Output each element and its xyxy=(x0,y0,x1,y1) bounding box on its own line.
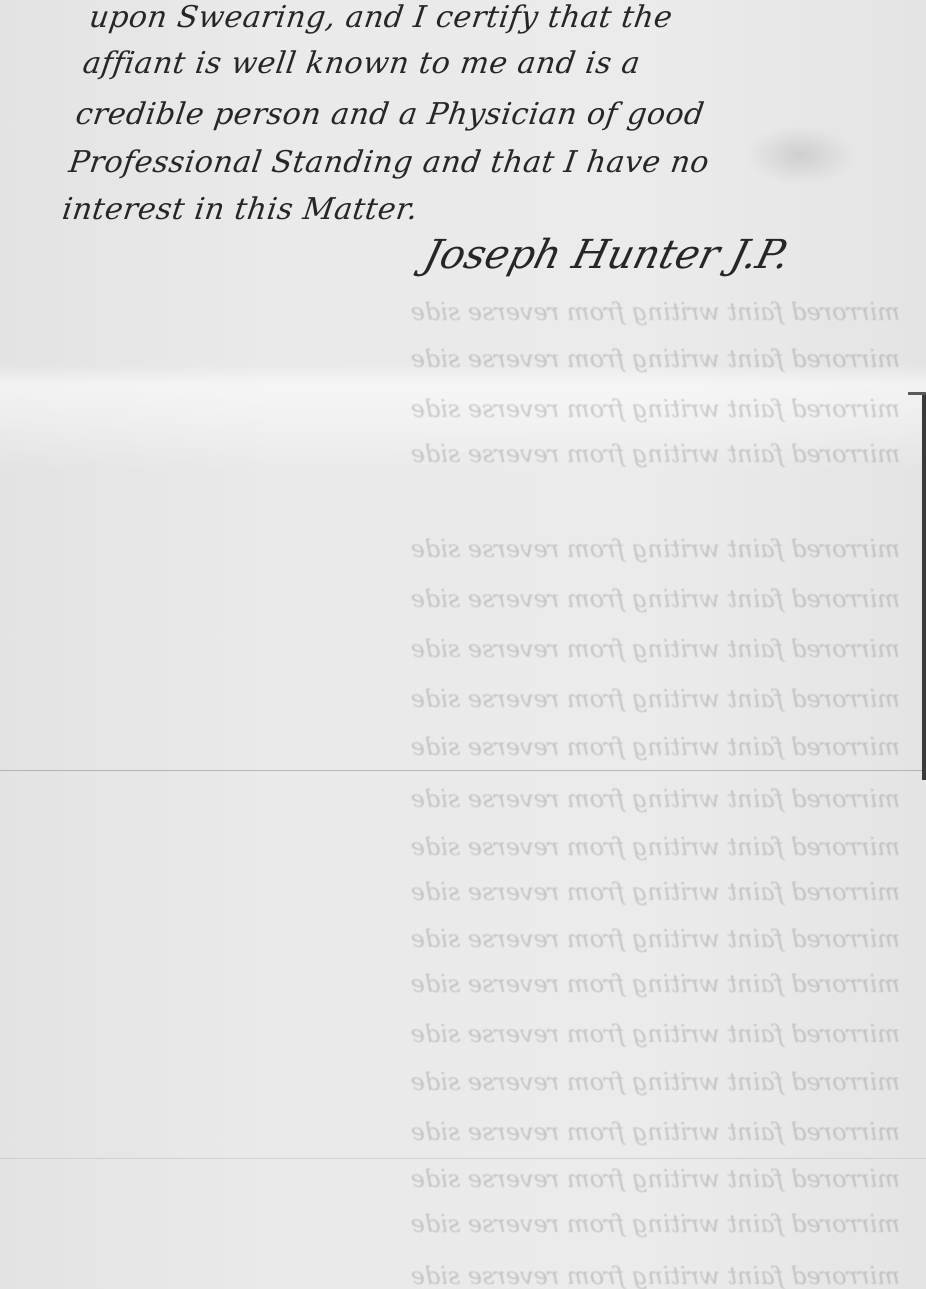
paper-stain xyxy=(745,125,855,185)
bleed-line: mirrored faint writing from reverse side xyxy=(100,925,900,953)
bleed-line: mirrored faint writing from reverse side xyxy=(100,970,900,998)
bleed-line: mirrored faint writing from reverse side xyxy=(100,785,900,813)
bleed-line: mirrored faint writing from reverse side xyxy=(100,733,900,761)
handwritten-line: affiant is well known to me and is a xyxy=(80,44,643,84)
bleed-line: mirrored faint writing from reverse side xyxy=(100,635,900,663)
handwritten-line: Professional Standing and that I have no xyxy=(66,143,712,183)
fold-crease-lower xyxy=(0,1158,926,1159)
bleed-line: mirrored faint writing from reverse side xyxy=(100,833,900,861)
bleed-line: mirrored faint writing from reverse side xyxy=(100,878,900,906)
handwritten-line: credible person and a Physician of good xyxy=(73,95,707,135)
document-page: mirrored faint writing from reverse side… xyxy=(0,0,926,1289)
bleed-line: mirrored faint writing from reverse side xyxy=(100,685,900,713)
bleed-line: mirrored faint writing from reverse side xyxy=(100,440,900,468)
bleed-line: mirrored faint writing from reverse side xyxy=(100,535,900,563)
bleed-line: mirrored faint writing from reverse side xyxy=(100,1118,900,1146)
bleed-line: mirrored faint writing from reverse side xyxy=(100,345,900,373)
bleed-line: mirrored faint writing from reverse side xyxy=(100,1020,900,1048)
bleed-line: mirrored faint writing from reverse side xyxy=(100,1165,900,1193)
bleed-line: mirrored faint writing from reverse side xyxy=(100,1262,900,1289)
bleed-line: mirrored faint writing from reverse side xyxy=(100,1068,900,1096)
bleed-line: mirrored faint writing from reverse side xyxy=(100,395,900,423)
fold-crease xyxy=(0,770,926,771)
paper-right-edge-shadow xyxy=(922,395,926,780)
handwritten-line: interest in this Matter. xyxy=(60,190,421,230)
bleed-line: mirrored faint writing from reverse side xyxy=(100,585,900,613)
handwritten-line: upon Swearing, and I certify that the xyxy=(87,0,675,38)
bleed-line: mirrored faint writing from reverse side xyxy=(100,1210,900,1238)
signature: Joseph Hunter J.P. xyxy=(419,232,794,278)
bleed-line: mirrored faint writing from reverse side xyxy=(100,298,900,326)
